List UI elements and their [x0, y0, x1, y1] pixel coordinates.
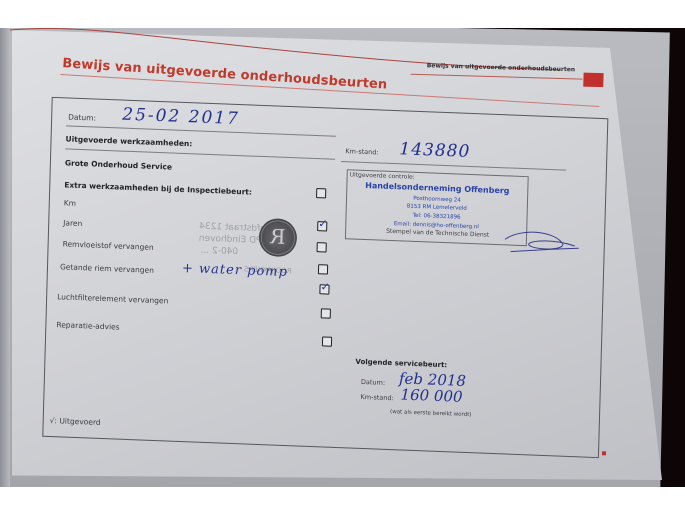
next-service-note: (wat als eerste bereikt wordt) [390, 409, 472, 418]
work-rule [65, 148, 335, 159]
item-reparatie-checkbox[interactable] [322, 336, 332, 346]
page-title: Bewijs van uitgevoerde onderhoudsbeurten [62, 56, 388, 93]
date-value[interactable]: 25-02 2017 [122, 105, 240, 130]
service-type: Grote Onderhoud Service [65, 158, 172, 171]
document-photo: Bewijs van uitgevoerde onderhoudsbeurten… [0, 28, 685, 487]
item-remvloeistof-checkbox[interactable] [317, 242, 327, 252]
item-getande-riem-label: Getande riem vervangen [60, 262, 154, 275]
next-mileage-value[interactable]: 160 000 [400, 385, 462, 405]
item-remvloeistof-label: Remvloeistof vervangen [63, 239, 154, 251]
item-jaren-checkbox[interactable] [317, 221, 327, 231]
page-content: Bewijs van uitgevoerde onderhoudsbeurten… [0, 28, 685, 487]
bleed-through-address-3: 040-2 ... [200, 246, 238, 257]
running-header-rule [411, 74, 583, 80]
signature [500, 225, 581, 262]
next-service-label: Volgende servicebeurt: [355, 358, 447, 370]
next-mileage-label: Km-stand: [360, 393, 393, 402]
date-label: Datum: [68, 113, 96, 123]
next-date-label: Datum: [361, 378, 385, 387]
item-unlabeled-checkbox[interactable] [318, 264, 328, 274]
seal-letter: R [259, 224, 298, 249]
page-number-tab [583, 73, 603, 88]
control-label: Uitgevoerde controle: [350, 171, 415, 180]
item-getande-riem-checkbox[interactable] [319, 284, 329, 294]
item-jaren-label: Jaren [63, 218, 82, 228]
mileage-value[interactable]: 143880 [399, 139, 470, 162]
extra-work-label: Extra werkzaamheden bij de Inspectiebeur… [64, 180, 252, 196]
legend-executed: √: Uitgevoerd [50, 416, 101, 427]
item-km-label: Km [64, 198, 76, 207]
extra-work-checkbox[interactable] [316, 188, 326, 198]
item-luchtfilter-checkbox[interactable] [321, 308, 331, 318]
service-record-form: Datum: 25-02 2017 Uitgevoerde werkzaamhe… [42, 97, 608, 458]
bleed-through-seal: R [258, 218, 297, 257]
item-luchtfilter-label: Luchtfilterelement vervangen [57, 292, 168, 305]
running-header: Bewijs van uitgevoerde onderhoudsbeurten [427, 62, 576, 73]
item-reparatie-label: Reparatie-advies [56, 320, 119, 331]
corner-mark [602, 451, 606, 455]
mileage-label: Km-stand: [345, 147, 378, 156]
mileage-rule [341, 161, 566, 171]
work-label: Uitgevoerde werkzaamheden: [65, 134, 192, 148]
